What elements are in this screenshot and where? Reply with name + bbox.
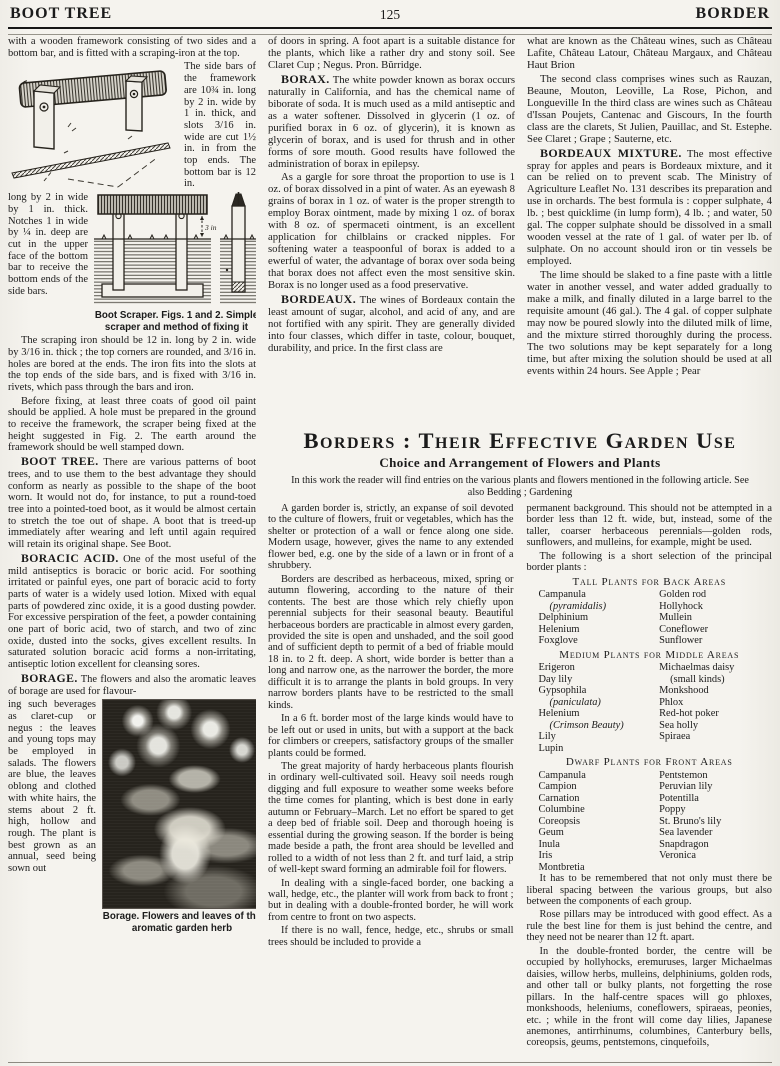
article-column-left: A garden border is, strictly, an expanse… <box>268 503 514 1051</box>
plant-item: Delphinium <box>539 612 660 624</box>
plant-item: Pentstemon <box>659 770 772 782</box>
plant-item: Iris <box>539 850 660 862</box>
entry-boracic-acid: BORACIC ACID. One of the most useful of … <box>8 553 256 671</box>
plant-columns: Campanula (pyramidalis) Delphinium Helen… <box>527 589 773 647</box>
entry-heading-boot-tree: BOOT TREE. <box>21 455 99 468</box>
header-rule <box>8 27 772 35</box>
plant-item: Day lily <box>539 674 660 686</box>
plant-item: Peruvian lily <box>659 781 772 793</box>
plant-column-right: Michaelmas daisy (small kinds) Monkshood… <box>659 662 772 754</box>
svg-text:3 in: 3 in <box>204 223 217 232</box>
lime-slaking-paragraph: The lime should be slaked to a fine past… <box>527 270 772 378</box>
figure-1-block: The side bars of the framework are 10¾ i… <box>8 61 256 190</box>
plant-item: Erigeron <box>539 662 660 674</box>
plant-item: Coreopsis <box>539 816 660 828</box>
column-right: what are known as the Château wines, suc… <box>527 36 772 438</box>
scanned-encyclopedia-page: BOOT TREE 125 BORDER with a wooden frame… <box>0 0 780 1066</box>
chateau-wines-paragraph: what are known as the Château wines, suc… <box>527 36 772 72</box>
borage-figure: Borage. Flowers and leaves of the aromat… <box>102 699 256 934</box>
plant-item: Carnation <box>539 793 660 805</box>
column-left: with a wooden framework consisting of tw… <box>8 36 256 1060</box>
article-paragraph: A garden border is, strictly, an expanse… <box>268 503 514 572</box>
article-paragraph: In dealing with a single-faced border, o… <box>268 878 514 924</box>
boot-scraper-fig1-illustration <box>8 61 178 190</box>
plant-item: Potentilla <box>659 793 772 805</box>
entry-text: The most effective spray for apples and … <box>527 148 772 268</box>
page-header: BOOT TREE 125 BORDER <box>10 5 770 25</box>
plant-column-right: Golden rod Hollyhock Mullein Coneflower … <box>659 589 772 647</box>
plant-group-heading: Tall Plants for Back Areas <box>527 577 773 588</box>
plant-column-left: Campanula (pyramidalis) Delphinium Helen… <box>527 589 660 647</box>
article-paragraph: permanent background. This should not be… <box>527 503 773 549</box>
plant-item: Veronica <box>659 850 772 862</box>
plant-item: Columbine <box>539 804 660 816</box>
plant-group: Dwarf Plants for Front Areas Campanula C… <box>527 757 773 873</box>
plant-item: Hollyhock <box>659 601 772 613</box>
fig1-wrap-text: The side bars of the framework are 10¾ i… <box>184 61 256 190</box>
entry-heading-bordeaux-mixture: BORDEAUX MIXTURE. <box>540 146 682 160</box>
article-paragraph: Rose pillars may be introduced with good… <box>527 909 773 943</box>
article-paragraph: If there is no wall, fence, hedge, etc.,… <box>268 925 514 948</box>
plant-item: Foxglove <box>539 635 660 647</box>
running-head-right: BORDER <box>696 5 770 23</box>
article-cross-reference-note: In this work the reader will find entrie… <box>290 475 750 498</box>
borage-photo <box>102 699 256 909</box>
plant-item: Campion <box>539 781 660 793</box>
page-number: 125 <box>10 7 770 23</box>
plant-column-left: Campanula Campion Carnation Columbine Co… <box>527 770 660 874</box>
plant-item: Sea holly <box>659 720 772 732</box>
plant-columns: Campanula Campion Carnation Columbine Co… <box>527 770 773 874</box>
plant-columns: Erigeron Day lily Gypsophila (paniculata… <box>527 662 773 754</box>
article-paragraph: It has to be remembered that not only mu… <box>527 873 773 907</box>
plant-item: Golden rod <box>659 589 772 601</box>
plant-item: Mullein <box>659 612 772 624</box>
border-plants-selection-list: Tall Plants for Back Areas Campanula (py… <box>527 577 773 873</box>
plant-item: Coneflower <box>659 624 772 636</box>
plant-item: (small kinds) <box>659 674 772 686</box>
article-paragraph: The great majority of hardy herbaceous p… <box>268 761 514 876</box>
plant-item: Gypsophila <box>539 685 660 697</box>
article-paragraph: Borders are described as herbaceous, mix… <box>268 574 514 711</box>
scraping-iron-paragraph: The scraping iron should be 12 in. long … <box>8 335 256 394</box>
borage-photo-caption: Borage. Flowers and leaves of the aromat… <box>102 911 256 934</box>
article-paragraph: In the double-fronted border, the centre… <box>527 946 773 1049</box>
plant-item: Helenium <box>539 624 660 636</box>
plant-item: Helenium <box>539 708 660 720</box>
plant-column-right: Pentstemon Peruvian lily Potentilla Popp… <box>659 770 772 874</box>
wine-classes-paragraph: The second class comprises wines such as… <box>527 74 772 146</box>
plant-group-heading: Dwarf Plants for Front Areas <box>527 757 773 768</box>
plant-item: Lily <box>539 731 660 743</box>
plant-column-left: Erigeron Day lily Gypsophila (paniculata… <box>527 662 660 754</box>
article-paragraph: In a 6 ft. border most of the large kind… <box>268 713 514 759</box>
boot-scraper-fig2-illustration: 3 in Boot Scraper. Figs. 1 and 2. Simple… <box>94 192 256 333</box>
borage-continuation-paragraph: of doors in spring. A foot apart is a su… <box>268 36 515 72</box>
entry-heading-boracic-acid: BORACIC ACID. <box>21 552 119 565</box>
plant-item: Campanula <box>539 770 660 782</box>
entry-heading-borage: BORAGE. <box>21 672 78 685</box>
fig2-wrap-text: long by 2 in wide by 1 in. thick. Notche… <box>8 192 88 333</box>
plant-item: Montbretia <box>539 862 660 874</box>
plant-item: Sea lavender <box>659 827 772 839</box>
boot-scraper-paragraph: with a wooden framework consisting of tw… <box>8 36 256 59</box>
plant-item: Sunflower <box>659 635 772 647</box>
plant-group-heading: Medium Plants for Middle Areas <box>527 650 773 661</box>
plant-item: Phlox <box>659 697 772 709</box>
entry-bordeaux-mixture: BORDEAUX MIXTURE. The most effective spr… <box>527 148 772 269</box>
plant-item: Inula <box>539 839 660 851</box>
boot-scraper-figure-caption: Boot Scraper. Figs. 1 and 2. Simple scra… <box>94 310 256 333</box>
footer-rule <box>8 1062 772 1063</box>
borders-article: Borders : Their Effective Garden Use Cho… <box>268 428 772 1062</box>
entry-borage: BORAGE. The flowers and also the aromati… <box>8 673 256 697</box>
entry-text: One of the most useful of the mild antis… <box>8 554 256 670</box>
plant-item: (pyramidalis) <box>539 601 660 613</box>
plant-group: Tall Plants for Back Areas Campanula (py… <box>527 577 773 647</box>
column-middle: of doors in spring. A foot apart is a su… <box>268 36 515 438</box>
entry-heading-bordeaux: BORDEAUX. <box>281 292 356 306</box>
entry-boot-tree: BOOT TREE. There are various patterns of… <box>8 456 256 551</box>
borax-uses-paragraph: As a gargle for sore throat the proporti… <box>268 172 515 292</box>
article-title: Borders : Their Effective Garden Use <box>268 428 772 454</box>
plant-item: Snapdragon <box>659 839 772 851</box>
entry-bordeaux: BORDEAUX. The wines of Bordeaux contain … <box>268 294 515 355</box>
plant-item: Spiraea <box>659 731 772 743</box>
article-column-right: permanent background. This should not be… <box>527 503 773 1051</box>
borage-block: ing such beverages as claret-cup or negu… <box>8 699 256 934</box>
plant-item: St. Bruno's lily <box>659 816 772 828</box>
entry-text: The white powder known as borax occurs n… <box>268 74 515 170</box>
plant-item: (paniculata) <box>539 697 660 709</box>
plant-item: Poppy <box>659 804 772 816</box>
before-fixing-paragraph: Before fixing, at least three coats of g… <box>8 396 256 455</box>
article-paragraph: The following is a short selection of th… <box>527 551 773 574</box>
entry-heading-borax: BORAX. <box>281 72 330 86</box>
plant-item: Red-hot poker <box>659 708 772 720</box>
plant-group: Medium Plants for Middle Areas Erigeron … <box>527 650 773 754</box>
entry-text: There are various patterns of boot trees… <box>8 457 256 550</box>
plant-item: Geum <box>539 827 660 839</box>
entry-borax: BORAX. The white powder known as borax o… <box>268 74 515 171</box>
borage-wrap-text: ing such beverages as claret-cup or negu… <box>8 699 96 934</box>
plant-item: Monkshood <box>659 685 772 697</box>
article-subtitle: Choice and Arrangement of Flowers and Pl… <box>268 455 772 471</box>
figure-2-block: long by 2 in wide by 1 in. thick. Notche… <box>8 192 256 333</box>
plant-item: Michaelmas daisy <box>659 662 772 674</box>
plant-item: (Crimson Beauty) <box>539 720 660 732</box>
plant-item: Lupin <box>539 743 660 755</box>
plant-item: Campanula <box>539 589 660 601</box>
